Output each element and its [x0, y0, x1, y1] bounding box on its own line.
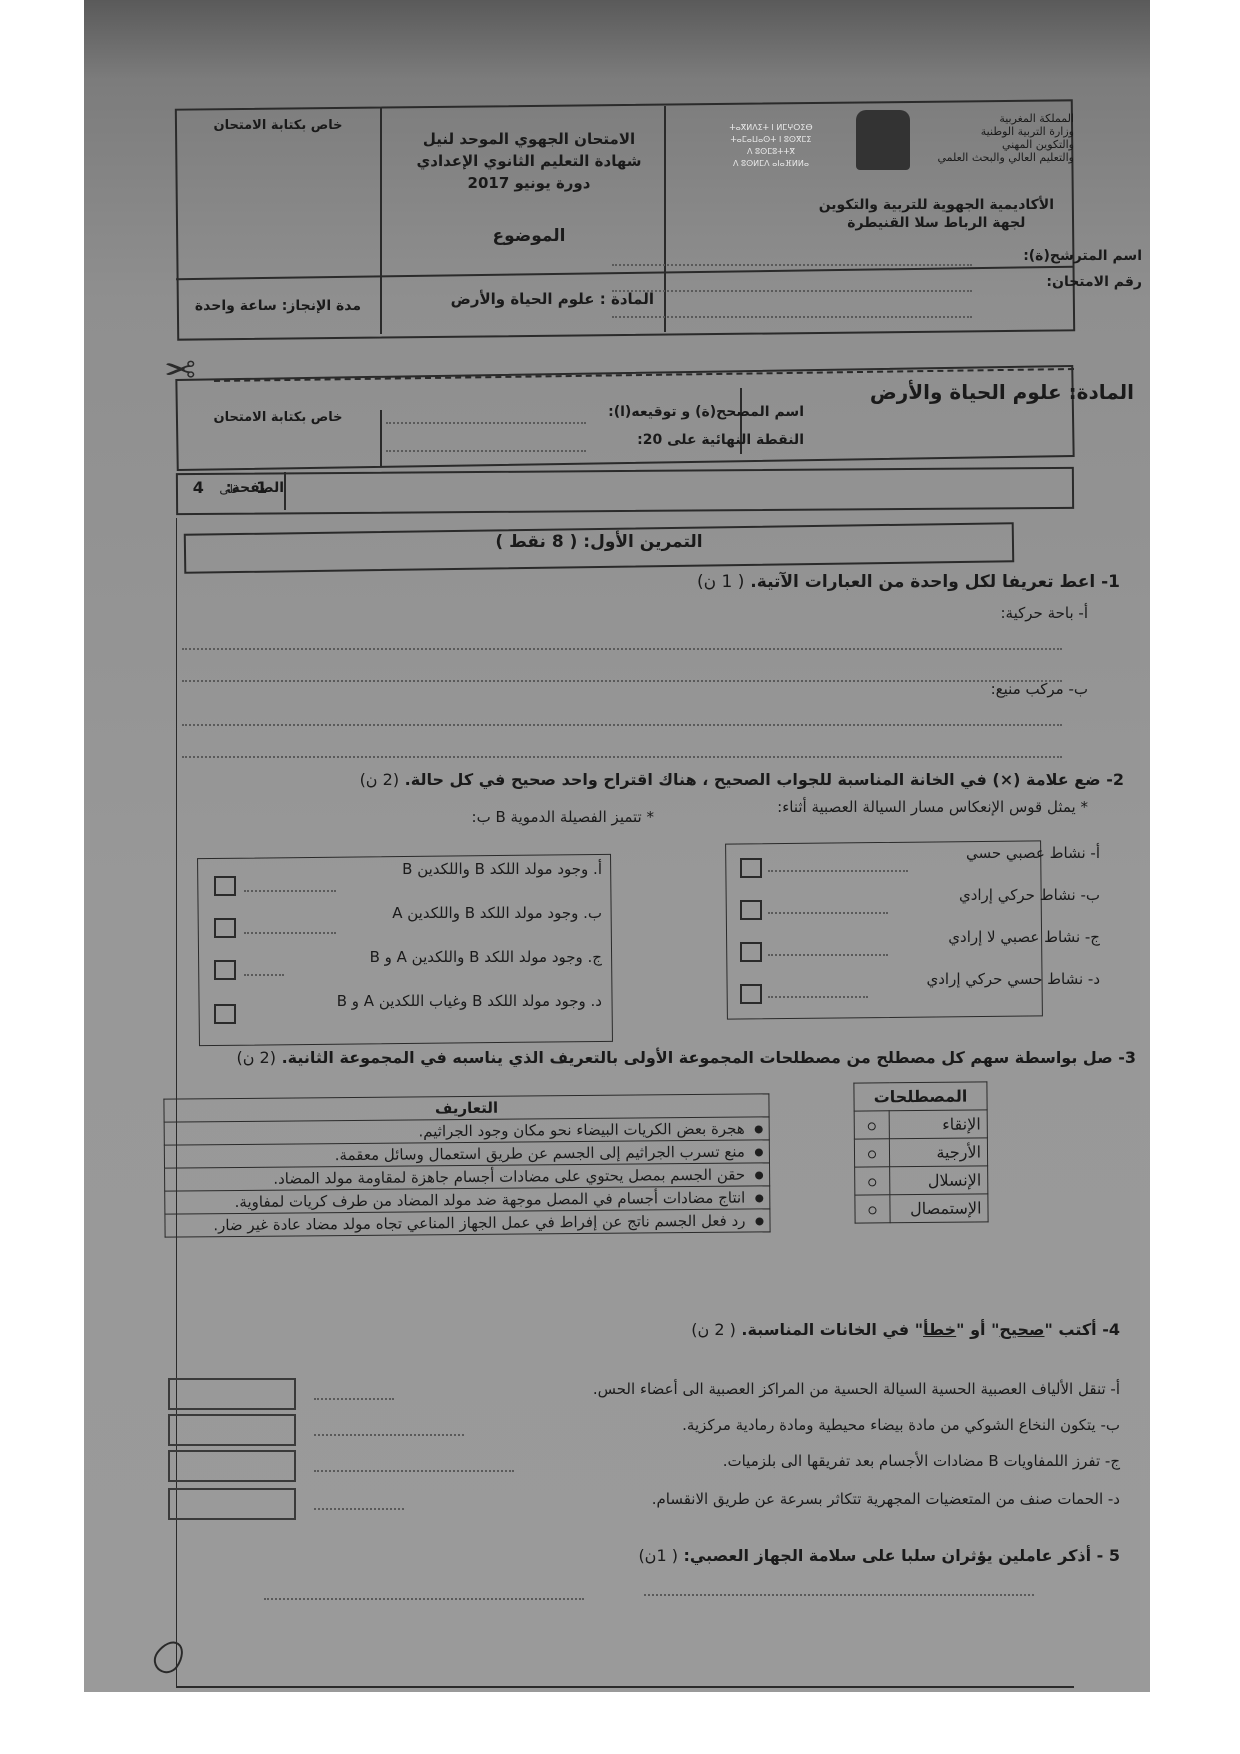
page-indicator: 1 على 4: [180, 478, 280, 497]
connector-bullet-icon: [755, 1171, 763, 1179]
q4-statement-b-leader: [314, 1434, 464, 1436]
exam-subject-word: الموضوع: [384, 226, 674, 246]
q3-terms-table: المصطلحات الإنقاء الأرجية الإنسلال الإست…: [853, 1081, 988, 1223]
exam-number-field[interactable]: [612, 290, 972, 292]
connector-dot-icon: [868, 1150, 876, 1158]
ministry-name: المملكة المغربية وزارة التربية الوطنية و…: [937, 112, 1074, 164]
q2-left-option-b-checkbox[interactable]: [214, 918, 236, 938]
header-divider-1: [380, 108, 382, 334]
q1-answer-line-1[interactable]: [182, 648, 1062, 650]
q3-definition-row[interactable]: رد فعل الجسم ناتج عن إفراط في عمل الجهاز…: [165, 1209, 770, 1237]
q4-answer-box-b[interactable]: [168, 1414, 296, 1446]
q2-right-option-c-leader: [768, 954, 888, 956]
q2-right-option-b-checkbox[interactable]: [740, 900, 762, 920]
q2-right-option-a: أ- نشاط عصبي حسي: [966, 844, 1100, 862]
candidate-name-field[interactable]: [612, 264, 972, 266]
q4-answer-box-a[interactable]: [168, 1378, 296, 1410]
correction-subject: المادة: علوم الحياة والأرض: [870, 380, 1134, 404]
q3-term-anchor[interactable]: [854, 1111, 889, 1139]
q2-right-option-b-leader: [768, 912, 888, 914]
correction-divider-1: [380, 410, 382, 466]
corrector-field[interactable]: [386, 422, 586, 424]
exam-page: المملكة المغربية وزارة التربية الوطنية و…: [84, 0, 1150, 1692]
q2-left-option-d: د. وجود مولد اللكد B وغياب اللكدين A و B: [337, 992, 602, 1010]
connector-dot-icon: [868, 1178, 876, 1186]
q1-answer-line-3[interactable]: [182, 724, 1062, 726]
q3-term-row: الإستمصال: [855, 1194, 988, 1223]
q3-terms-header: المصطلحات: [854, 1082, 987, 1111]
q3-definitions-table: التعاريف هجرة بعض الكريات البيضاء نحو مك…: [163, 1093, 770, 1237]
q2-right-stem: * يمثل قوس الإنعكاس مسار السيالة العصبية…: [777, 798, 1088, 816]
q2-prompt: 2- ضع علامة (×) في الخانة المناسبة للجوا…: [360, 770, 1124, 789]
connector-bullet-icon: [755, 1148, 763, 1156]
q4-answer-box-c[interactable]: [168, 1450, 296, 1482]
q3-prompt: 3- صل بواسطة سهم كل مصطلح من مصطلحات الم…: [236, 1048, 1136, 1067]
q4-statement-c: ج- تفرز اللمفاويات B مضادات الأجسام بعد …: [723, 1452, 1120, 1470]
q3-term: الأرجية: [889, 1138, 987, 1167]
q2-left-option-c-leader: [244, 974, 284, 976]
final-grade-field[interactable]: [386, 450, 586, 452]
q1-item-a: أ- باحة حركية:: [1001, 604, 1089, 622]
q2-right-option-a-checkbox[interactable]: [740, 858, 762, 878]
q2-right-option-d-leader: [768, 996, 868, 998]
q4-word-false: خطأ: [923, 1320, 956, 1339]
connector-bullet-icon: [755, 1217, 763, 1225]
reserved-label: خاص بكتابة الامتحان: [180, 118, 376, 133]
q3-definition: انتاج مضادات أجسام في المصل موجهة ضد مول…: [235, 1189, 746, 1211]
q2-left-option-b: ب. وجود مولد اللكد B واللكدين A: [392, 904, 602, 922]
connector-bullet-icon: [755, 1194, 763, 1202]
q4-statement-c-leader: [314, 1470, 514, 1472]
q4-statement-a: أ- تنقل الألياف العصبية الحسية السيالة ا…: [593, 1380, 1120, 1398]
q1-answer-line-2[interactable]: [182, 680, 1062, 682]
q2-right-option-c: ج- نشاط عصبي لا إرادي: [948, 928, 1100, 946]
q4-statement-b: ب- يتكون النخاع الشوكي من مادة بيضاء محي…: [682, 1416, 1120, 1434]
q3-term-row: الإنسلال: [855, 1166, 988, 1195]
q2-left-option-a-leader: [244, 890, 336, 892]
q1-prompt: 1- اعط تعريفا لكل واحدة من العبارات الآت…: [697, 572, 1120, 592]
q2-left-option-a: أ. وجود مولد اللكد B واللكدين B: [402, 860, 602, 878]
q5-prompt: 5 - أذكر عاملين يؤثران سلبا على سلامة ال…: [638, 1546, 1120, 1565]
q3-term-row: الأرجية: [854, 1138, 987, 1167]
page-number-frame: [176, 467, 1074, 515]
q5-answer-line-1[interactable]: [644, 1594, 1034, 1596]
corrector-label: اسم المصحح(ة) و توقيعه(ا):: [608, 404, 804, 420]
subject-line: المادة : علوم الحياة والأرض: [384, 290, 654, 308]
q2-left-option-a-checkbox[interactable]: [214, 876, 236, 896]
q3-term-row: الإنقاء: [854, 1110, 987, 1139]
moroccan-emblem-icon: [856, 110, 910, 170]
q3-definition: حقن الجسم بمصل يحتوي على مضادات أجسام جا…: [273, 1166, 745, 1188]
candidate-extra-field[interactable]: [612, 316, 972, 318]
exam-number-label: رقم الامتحان:: [1046, 274, 1142, 290]
page-number-divider: [284, 472, 286, 510]
q3-definition: رد فعل الجسم ناتج عن إفراط في عمل الجهاز…: [213, 1212, 745, 1235]
connector-bullet-icon: [755, 1125, 763, 1133]
q2-left-option-d-checkbox[interactable]: [214, 1004, 236, 1024]
duration-line: مدة الإنجاز: ساعة واحدة: [180, 298, 376, 314]
q2-right-option-c-checkbox[interactable]: [740, 942, 762, 962]
tifinagh-ministry-name: ⵜⴰⴳⵍⴷⵉⵜ ⵏ ⵍⵎⵖⵔⵉⴱ ⵜⴰⵎⴰⵡⴰⵙⵜ ⵏ ⵓⵙⴳⵎⵉ ⴷ ⵓⵙⵎⵓ…: [696, 122, 846, 170]
q3-term: الإنقاء: [889, 1110, 987, 1139]
q4-statement-a-leader: [314, 1398, 394, 1400]
q5-answer-line-2[interactable]: [264, 1598, 584, 1600]
q2-left-option-b-leader: [244, 932, 336, 934]
q4-statement-d-leader: [314, 1508, 404, 1510]
q4-prompt: 4- أكتب "صحيح" أو "خطأ" في الخانات المنا…: [691, 1320, 1120, 1339]
q2-right-option-b: ب- نشاط حركي إرادي: [959, 886, 1100, 904]
q1-answer-line-4[interactable]: [182, 756, 1062, 758]
q4-word-true: صحيح: [999, 1320, 1044, 1339]
q3-definition: هجرة بعض الكريات البيضاء نحو مكان وجود ا…: [418, 1120, 744, 1141]
q4-statement-d: د- الحمات صنف من المتعضيات المجهرية تتكا…: [652, 1490, 1120, 1508]
q3-term-anchor[interactable]: [855, 1167, 890, 1195]
q3-definition: منع تسرب الجراثيم إلى الجسم عن طريق استع…: [335, 1143, 745, 1165]
q3-term-anchor[interactable]: [854, 1139, 889, 1167]
connector-dot-icon: [868, 1206, 876, 1214]
q3-term-anchor[interactable]: [855, 1195, 890, 1223]
q2-left-stem: * تتميز الفصيلة الدموية B ب:: [472, 808, 654, 826]
exam-title: الامتحان الجهوي الموحد لنيل شهادة التعلي…: [384, 128, 674, 194]
exercise-title: التمرين الأول: ( 8 نقط ): [184, 532, 1014, 552]
connector-dot-icon: [868, 1122, 876, 1130]
final-grade-label: النقطة النهائية على 20:: [637, 432, 804, 448]
candidate-name-label: اسم المترشح(ة):: [1023, 248, 1142, 264]
academy-name: الأكاديمية الجهوية للتربية والتكوين لجهة…: [819, 196, 1054, 232]
q2-right-option-a-leader: [768, 870, 908, 872]
correction-reserved-label: خاص بكتابة الامتحان: [180, 410, 376, 425]
q1-item-b: ب- مركب منيع:: [991, 680, 1088, 698]
q2-right-option-d: د- نشاط حسي حركي إرادي: [926, 970, 1100, 988]
q4-answer-box-d[interactable]: [168, 1488, 296, 1520]
q3-term: الإستمصال: [890, 1194, 988, 1223]
q2-left-option-c-checkbox[interactable]: [214, 960, 236, 980]
q2-left-option-c: ج. وجود مولد اللكد B واللكدين A و B: [370, 948, 602, 966]
q3-term: الإنسلال: [890, 1166, 988, 1195]
q2-right-option-d-checkbox[interactable]: [740, 984, 762, 1004]
